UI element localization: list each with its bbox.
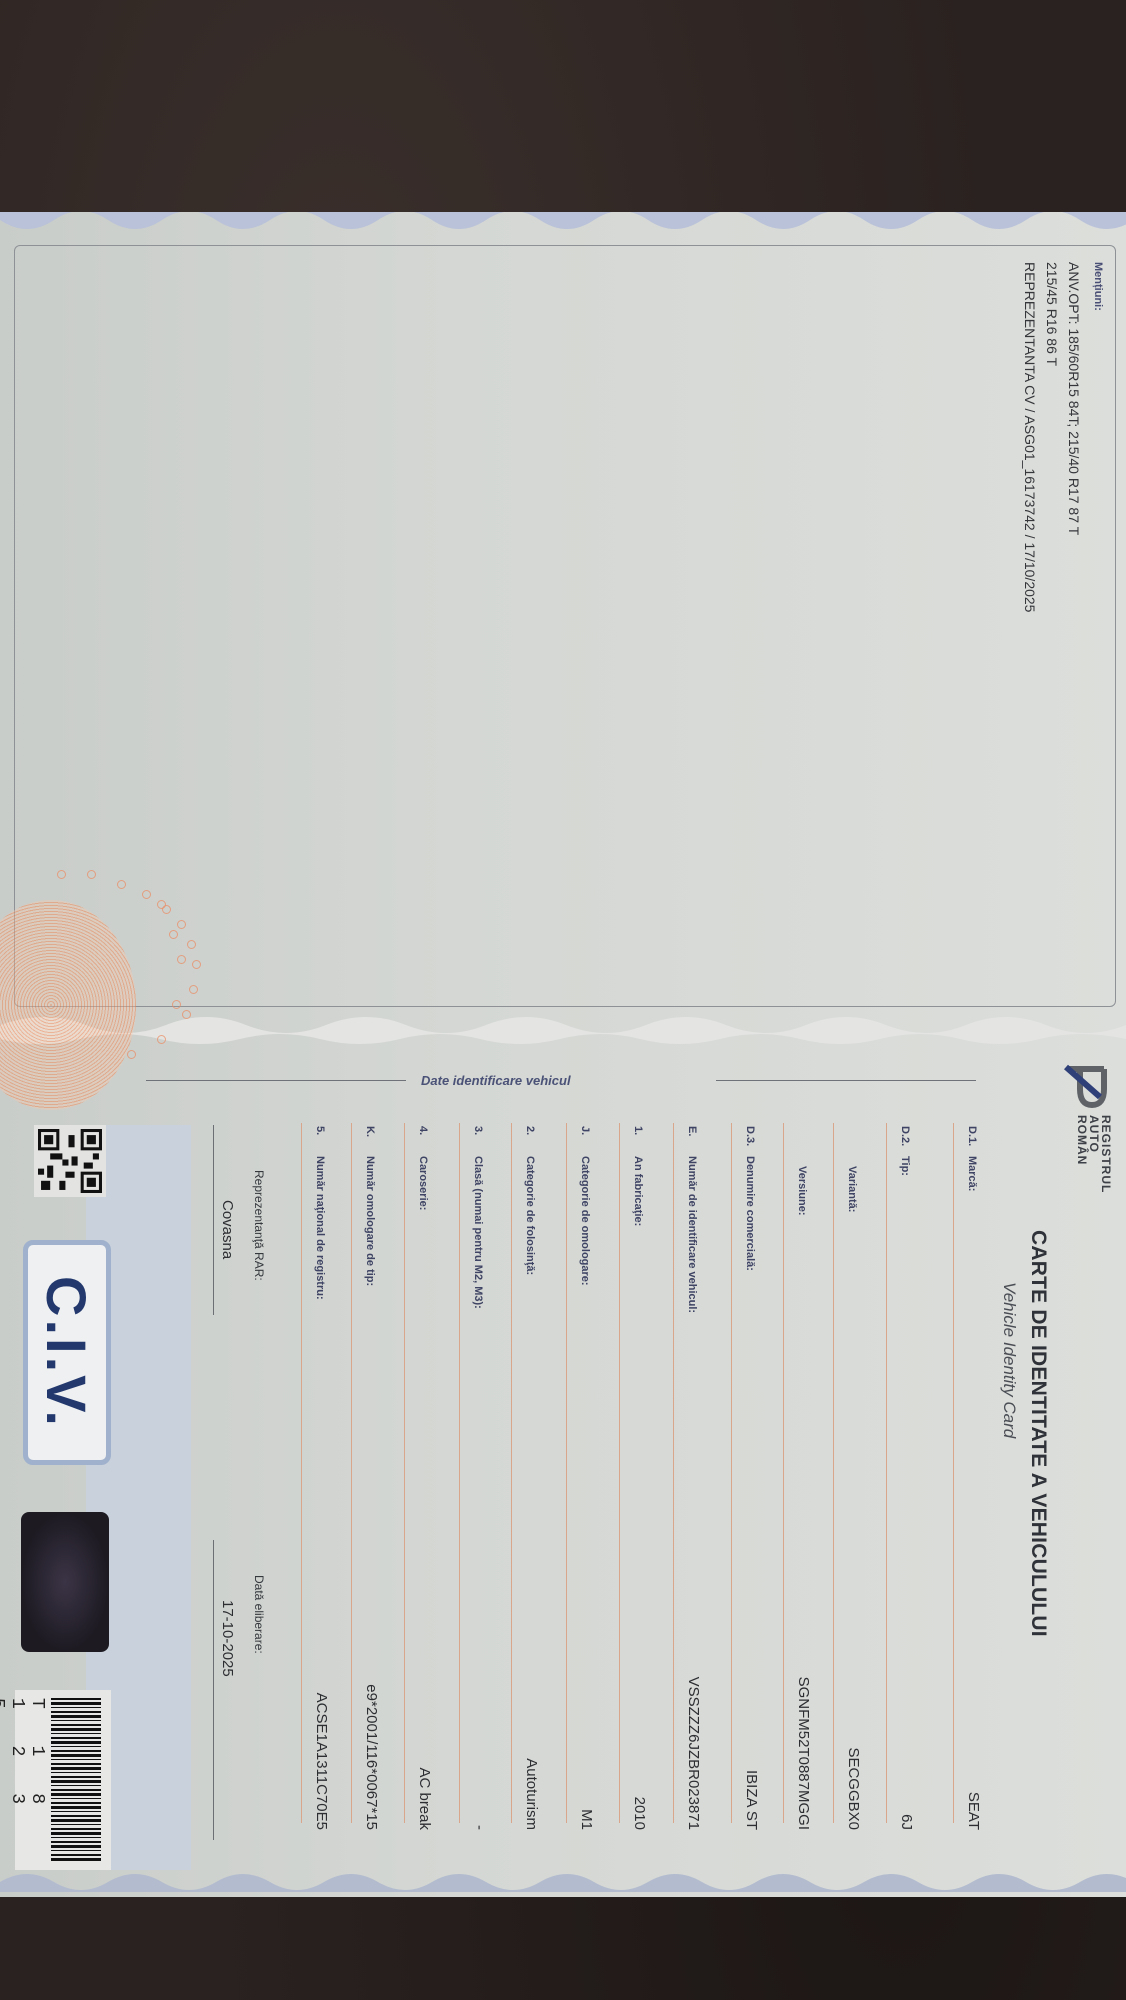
- rar-logo-icon: [1064, 1063, 1108, 1111]
- rosette-dot: [177, 920, 186, 929]
- field-value: 2010: [631, 1797, 648, 1830]
- field-label: Denumire comercială:: [744, 1156, 756, 1271]
- document-content: Mențiuni: ANV.OPT: 185/60R15 84T; 215/40…: [0, 0, 1126, 2000]
- serial-barcode: T 1 8 1 2 3 5: [15, 1690, 111, 1870]
- field-value: M1: [578, 1809, 595, 1830]
- field-label: Categorie de omologare:: [579, 1156, 591, 1286]
- section-divider-line: [716, 1080, 976, 1081]
- field-value: SGNFM52T0887MGGI: [795, 1677, 812, 1830]
- rosette-dot: [177, 955, 186, 964]
- rosette-dot: [117, 880, 126, 889]
- field-value: ACSE1A1311C70E5: [313, 1693, 330, 1830]
- rosette-dot: [187, 940, 196, 949]
- field-rule: [783, 1123, 784, 1823]
- middle-wave-band: [0, 1015, 1126, 1049]
- field-code: D.3.: [744, 1126, 756, 1146]
- field-value: e9*2001/116*0067*15: [363, 1684, 380, 1830]
- field-code: D.2.: [899, 1126, 911, 1146]
- field-rule: [566, 1123, 567, 1823]
- barcode-number: T 1 8 1 2 3 5: [0, 1698, 47, 1862]
- civ-badge-text: C.I.V.: [35, 1276, 100, 1429]
- rosette-dot: [192, 960, 201, 969]
- rosette-dot: [157, 1035, 166, 1044]
- qr-code-icon: [38, 1129, 102, 1193]
- field-value: AC break: [416, 1767, 433, 1830]
- rosette-dot: [172, 1000, 181, 1009]
- mentiuni-line: REPREZENTANTA CV / ASG01_16173742 / 17/1…: [1022, 262, 1038, 612]
- rosette-dot: [57, 870, 66, 879]
- document-title: CARTE DE IDENTITATE A VEHICULULUI: [1026, 1230, 1050, 1637]
- rosette-dot: [182, 1010, 191, 1019]
- field-label: Clasă (numai pentru M2, M3):: [472, 1156, 484, 1309]
- field-label: Caroserie:: [417, 1156, 429, 1210]
- rosette-dot: [87, 870, 96, 879]
- field-label: Număr de identificare vehicul:: [686, 1156, 698, 1313]
- representative-label: Reprezentanţă RAR:: [252, 1170, 266, 1281]
- field-rule: [886, 1123, 887, 1823]
- field-label: Categorie de folosinţă:: [524, 1156, 536, 1275]
- qr-code: [34, 1125, 106, 1197]
- field-value: Autoturism: [523, 1758, 540, 1830]
- field-code: E.: [686, 1126, 698, 1136]
- field-rule: [833, 1123, 834, 1823]
- field-value: -: [471, 1825, 488, 1830]
- field-value: IBIZA ST: [743, 1770, 760, 1830]
- field-code: 3.: [472, 1126, 484, 1135]
- issuer-line: ROMÂN: [1076, 1115, 1088, 1193]
- mentiuni-line: ANV.OPT: 185/60R15 84T; 215/40 R17 87 T: [1066, 262, 1082, 535]
- field-rule: [351, 1123, 352, 1823]
- section-divider-line: [146, 1080, 406, 1081]
- field-label: Marcă:: [966, 1156, 978, 1191]
- field-rule: [301, 1123, 302, 1823]
- issuer-line: REGISTRUL: [1100, 1115, 1112, 1193]
- field-label: Tip:: [899, 1156, 911, 1176]
- issue-date-underline: [213, 1540, 214, 1840]
- field-rule: [953, 1123, 954, 1823]
- field-value: VSSZZZ6JZBR023871: [685, 1677, 702, 1830]
- representative-value: Covasna: [219, 1200, 236, 1259]
- field-code: 1.: [632, 1126, 644, 1135]
- field-rule: [731, 1123, 732, 1823]
- civ-badge: C.I.V.: [23, 1240, 111, 1465]
- field-label: Versiune:: [796, 1166, 808, 1216]
- document-subtitle: Vehicle Identity Card: [999, 1282, 1019, 1438]
- field-code: K.: [364, 1126, 376, 1137]
- barcode-icon: [51, 1698, 101, 1862]
- issue-date-label: Dată eliberare:: [252, 1575, 266, 1654]
- field-code: D.1.: [966, 1126, 978, 1146]
- field-rule: [673, 1123, 674, 1823]
- field-label: Variantă:: [846, 1166, 858, 1212]
- hologram-sticker: [21, 1512, 109, 1652]
- field-label: Număr naţional de registru:: [314, 1156, 326, 1300]
- field-rule: [404, 1123, 405, 1823]
- field-code: J.: [579, 1126, 591, 1135]
- rosette-dot: [127, 1050, 136, 1059]
- section-title: Date identificare vehicul: [421, 1073, 571, 1088]
- field-code: 4.: [417, 1126, 429, 1135]
- mentiuni-label: Mențiuni:: [1092, 262, 1104, 311]
- field-value: SECGGBX0: [845, 1747, 862, 1830]
- rosette-dot: [169, 930, 178, 939]
- field-value: SEAT: [965, 1792, 982, 1830]
- field-label: Număr omologare de tip:: [364, 1156, 376, 1286]
- field-rule: [459, 1123, 460, 1823]
- field-code: 5.: [314, 1126, 326, 1135]
- representative-underline: [213, 1125, 214, 1315]
- rosette-dot: [142, 890, 151, 899]
- mentiuni-line: 215/45 R16 86 T: [1044, 262, 1060, 366]
- rosette-dot: [157, 900, 166, 909]
- field-label: An fabricaţie:: [632, 1156, 644, 1226]
- rosette-dot: [189, 985, 198, 994]
- field-rule: [619, 1123, 620, 1823]
- mentiuni-panel: [14, 245, 1116, 1007]
- field-value: 6J: [898, 1814, 915, 1830]
- issue-date-value: 17-10-2025: [219, 1600, 236, 1677]
- issuer-name: REGISTRUL AUTO ROMÂN: [1076, 1115, 1112, 1193]
- field-rule: [511, 1123, 512, 1823]
- field-code: 2.: [524, 1126, 536, 1135]
